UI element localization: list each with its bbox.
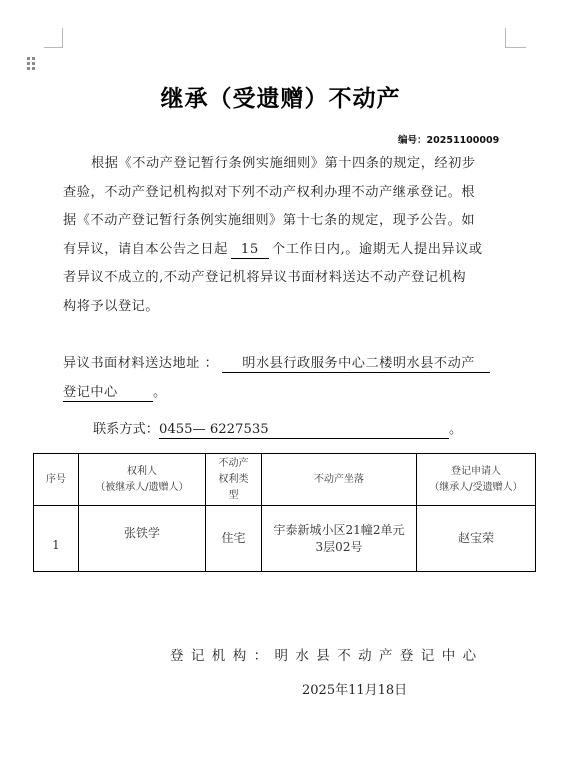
body-line: 据《不动产登记暂行条例实施细则》第十七条的规定，现予公告。如 [63, 207, 506, 236]
contact-info: 联系方式：0455— 6227535。 [93, 418, 462, 442]
cell-right-holder: 张铁学 [79, 506, 206, 572]
registration-table: 序号 权利人（被继承人/遗赠人） 不动产权利类型 不动产坐落 登记申请人（继承人… [33, 453, 536, 572]
page-corner-mark-top-right [505, 28, 526, 48]
notice-body: 根据《不动产登记暂行条例实施细则》第十四条的规定，经初步 查验，不动产登记机构拟… [63, 150, 506, 321]
table-header-row: 序号 权利人（被继承人/遗赠人） 不动产权利类型 不动产坐落 登记申请人（继承人… [34, 454, 536, 506]
objection-days: 15 [231, 241, 269, 259]
notice-date: 2025年11月18日 [302, 679, 407, 698]
address-value-cont: 登记中心 [63, 384, 153, 402]
cell-seq: 1 [34, 506, 79, 572]
document-number: 编号：20251100009 [398, 132, 499, 146]
cell-right-type: 住宅 [206, 506, 262, 572]
contact-label: 联系方式： [93, 422, 159, 437]
cell-location: 宇泰新城小区21幢2单元3层02号 [262, 506, 417, 572]
body-line: 查验，不动产登记机构拟对下列不动产权利办理不动产继承登记。根 [63, 179, 506, 208]
address-line: 登记中心。 [63, 379, 508, 408]
address-end: 。 [153, 385, 167, 400]
body-line: 者异议不成立的,不动产登记机将异议书面材料送达不动产登记机构 [63, 264, 506, 293]
address-value: 明水县行政服务中心二楼明水县不动产 [222, 355, 490, 373]
contact-end: 。 [449, 422, 462, 437]
header-seq: 序号 [34, 454, 79, 506]
address-label: 异议书面材料送达地址 ： [63, 356, 218, 371]
cell-applicant: 赵宝荣 [417, 506, 536, 572]
table-row: 1 张铁学 住宅 宇泰新城小区21幢2单元3层02号 赵宝荣 [34, 506, 536, 572]
header-location: 不动产坐落 [262, 454, 417, 506]
objection-address: 异议书面材料送达地址 ：明水县行政服务中心二楼明水县不动产 登记中心。 [63, 350, 508, 407]
document-number-label: 编号： [398, 135, 427, 146]
header-right-type: 不动产权利类型 [206, 454, 262, 506]
body-line: 有异议，请自本公告之日起15个工作日内,。逾期无人提出异议或 [63, 236, 506, 265]
address-line: 异议书面材料送达地址 ：明水县行政服务中心二楼明水县不动产 [63, 350, 508, 379]
body-line: 构将予以登记。 [63, 293, 506, 322]
body-text: 有异议，请自本公告之日起 [63, 242, 228, 257]
body-line: 根据《不动产登记暂行条例实施细则》第十四条的规定，经初步 [63, 150, 506, 179]
document-title: 继承（受遗赠）不动产 [0, 80, 561, 113]
drag-handle-icon[interactable] [27, 57, 35, 69]
document-number-value: 20251100009 [427, 135, 500, 146]
page-corner-mark-top-left [44, 28, 63, 48]
header-applicant: 登记申请人（继承人/受遗赠人） [417, 454, 536, 506]
header-right-holder: 权利人（被继承人/遗赠人） [79, 454, 206, 506]
contact-value: 0455— 6227535 [159, 421, 449, 439]
body-text: 个工作日内,。逾期无人提出异议或 [272, 242, 483, 257]
registration-authority: 登记机构：明水县不动产登记中心 [170, 644, 484, 664]
